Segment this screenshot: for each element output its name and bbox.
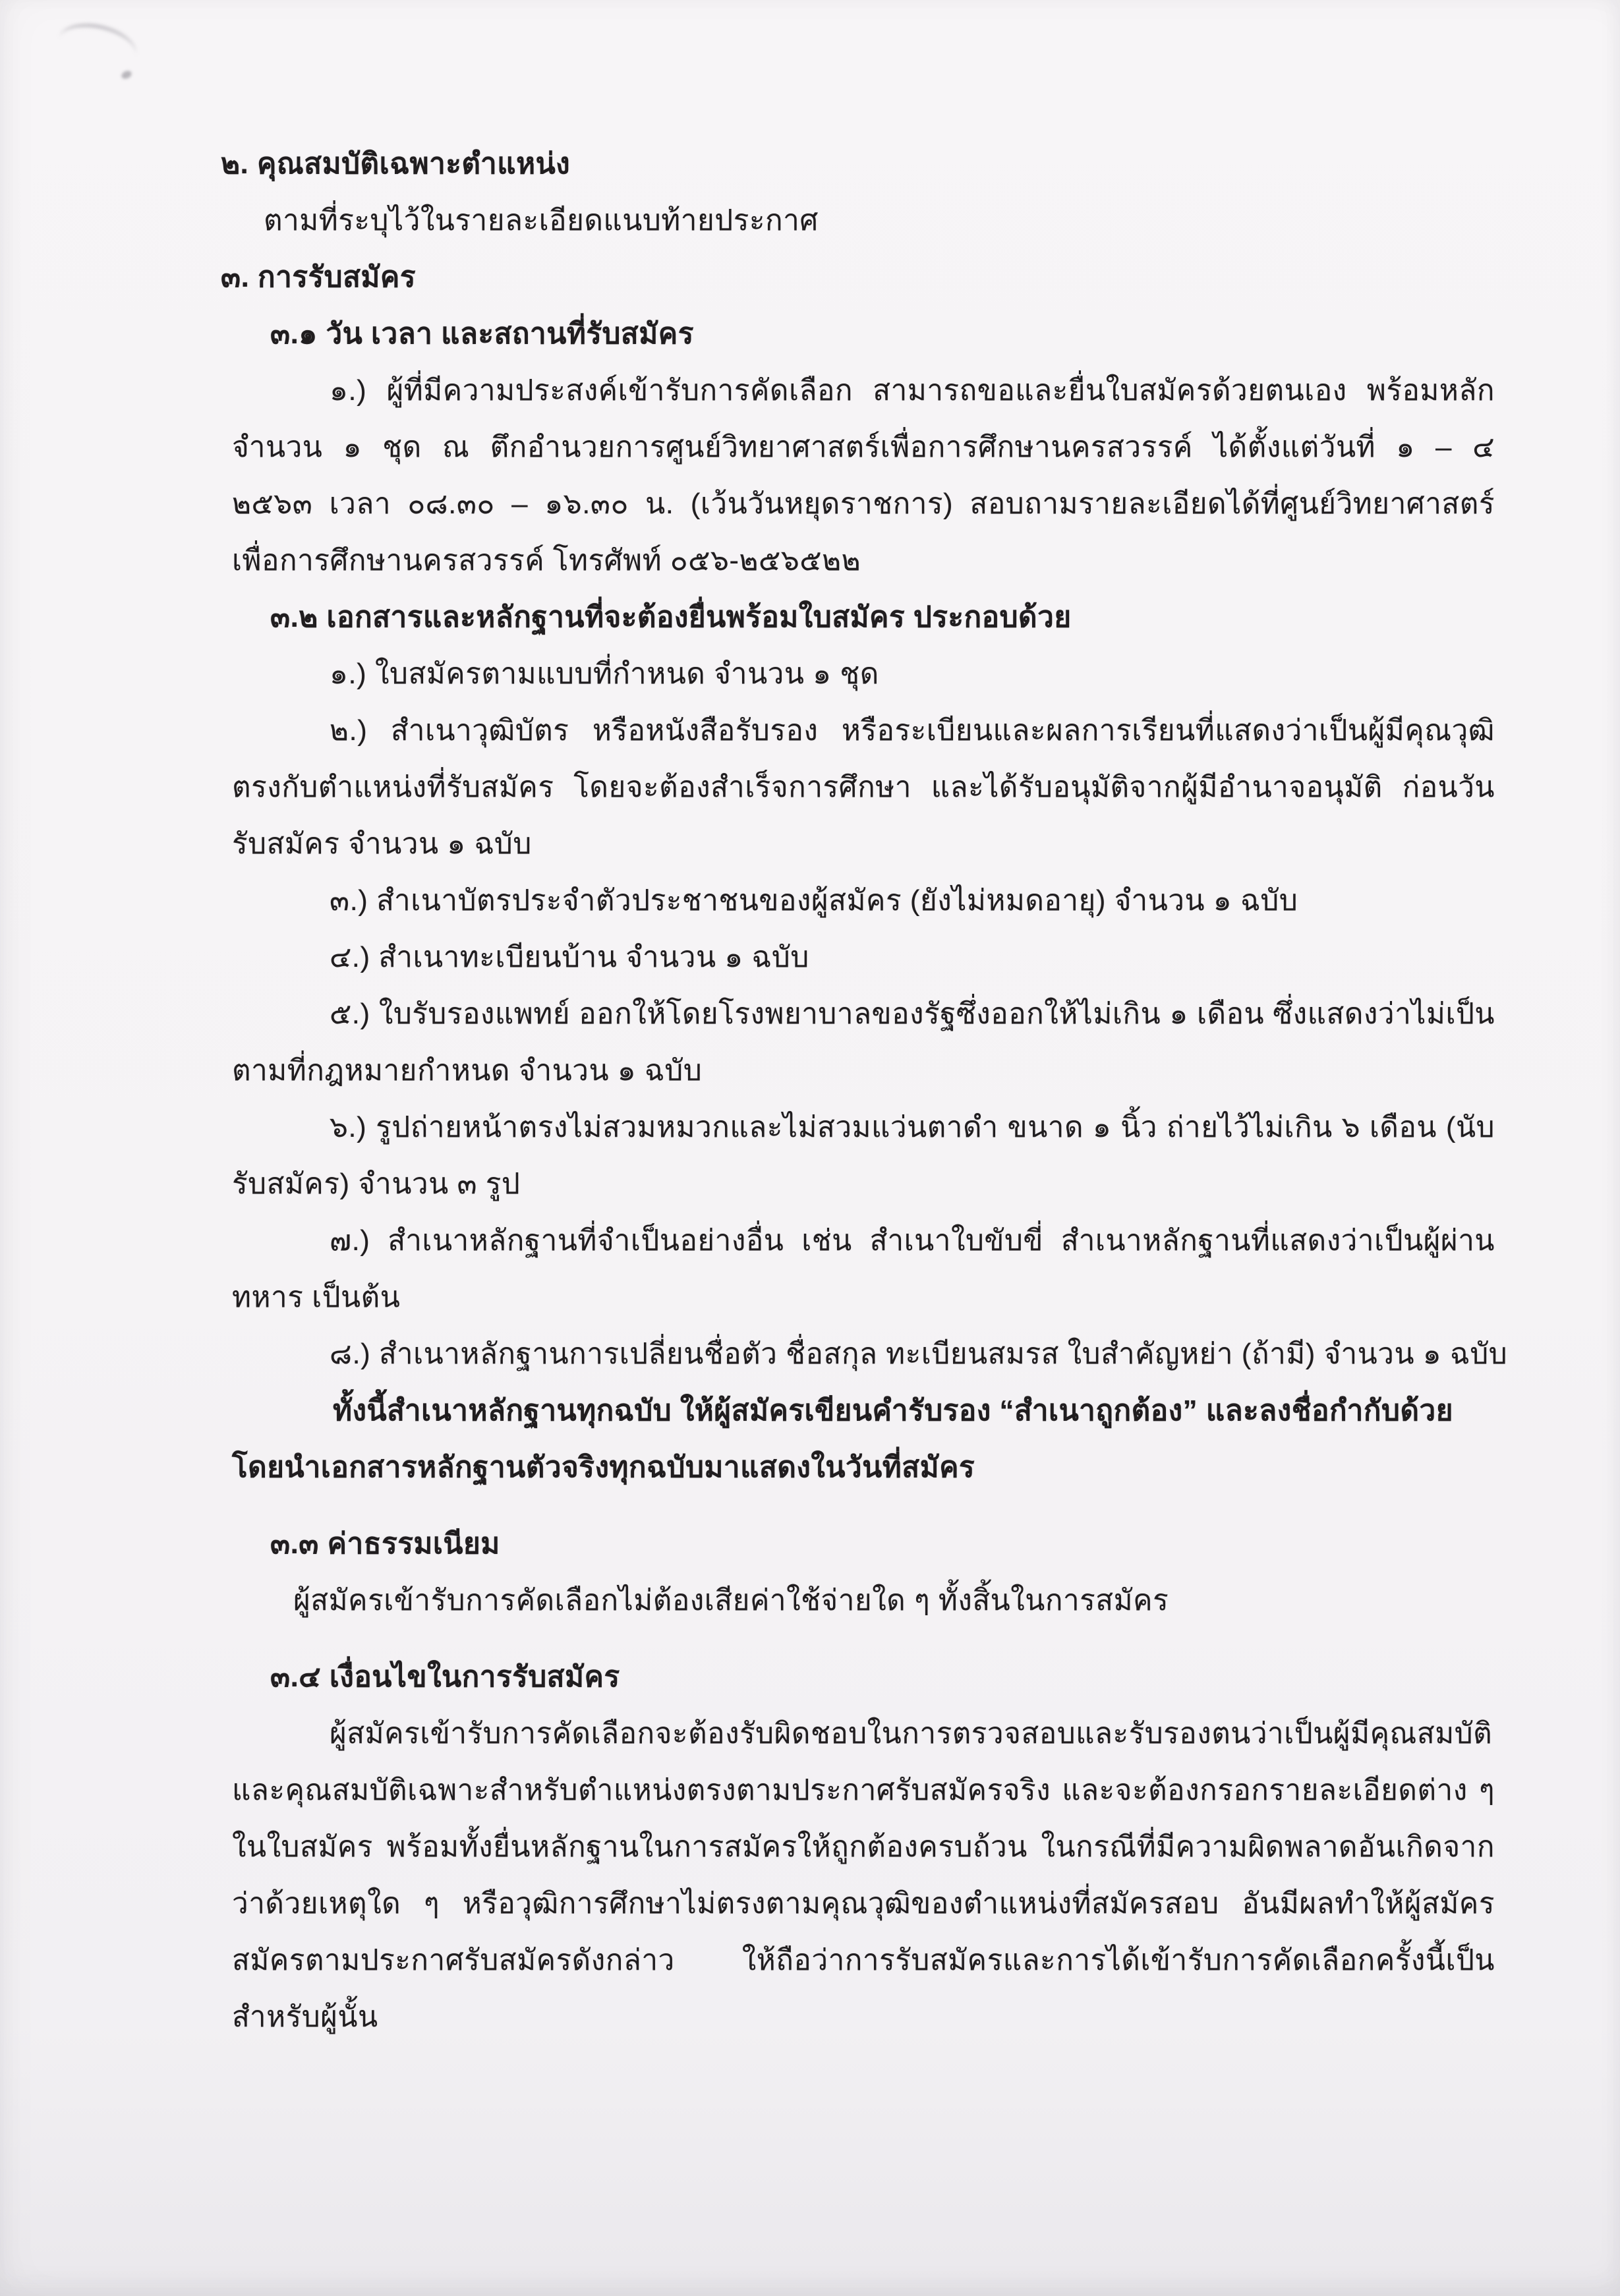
document-line: ๓.๔ เงื่อนไขในการรับสมัคร [0, 1649, 1620, 1706]
document-line: ในใบสมัคร พร้อมทั้งยื่นหลักฐานในการสมัคร… [0, 1819, 1620, 1876]
document-line: รับสมัคร) จำนวน ๓ รูป [0, 1156, 1620, 1213]
document-line: ว่าด้วยเหตุใด ๆ หรือวุฒิการศึกษาไม่ตรงตา… [0, 1876, 1620, 1932]
document-line: ๖.) รูปถ่ายหน้าตรงไม่สวมหมวกและไม่สวมแว่… [0, 1099, 1620, 1156]
document-line: ผู้สมัครเข้ารับการคัดเลือกจะต้องรับผิดชอ… [0, 1706, 1620, 1762]
document-line: ๓.๓ ค่าธรรมเนียม [0, 1516, 1620, 1572]
document-line: ๒. คุณสมบัติเฉพาะตำแหน่ง [0, 136, 1620, 192]
document-line: จำนวน ๑ ชุด ณ ตึกอำนวยการศูนย์วิทยาศาสตร… [0, 419, 1620, 476]
document-line: สำหรับผู้นั้น [0, 1989, 1620, 2046]
document-line: ตามที่ระบุไว้ในรายละเอียดแนบท้ายประกาศ [0, 192, 1620, 249]
document-line: ๗.) สำเนาหลักฐานที่จำเป็นอย่างอื่น เช่น … [0, 1213, 1620, 1269]
document-line: และคุณสมบัติเฉพาะสำหรับตำแหน่งตรงตามประก… [0, 1762, 1620, 1819]
document-line: ๓.) สำเนาบัตรประจำตัวประชาชนของผู้สมัคร … [0, 873, 1620, 929]
scanned-document-page: ๒. คุณสมบัติเฉพาะตำแหน่งตามที่ระบุไว้ในร… [0, 0, 1620, 2296]
document-line: ๑.) ใบสมัครตามแบบที่กำหนด จำนวน ๑ ชุด [0, 646, 1620, 703]
document-line: ผู้สมัครเข้ารับการคัดเลือกไม่ต้องเสียค่า… [0, 1572, 1620, 1629]
document-line: ๓. การรับสมัคร [0, 249, 1620, 306]
document-line: ทหาร เป็นต้น [0, 1269, 1620, 1326]
document-line: ตรงกับตำแหน่งที่รับสมัคร โดยจะต้องสำเร็จ… [0, 759, 1620, 816]
document-line: ๒.) สำเนาวุฒิบัตร หรือหนังสือรับรอง หรือ… [0, 703, 1620, 759]
document-line: โดยนำเอกสารหลักฐานตัวจริงทุกฉบับมาแสดงใน… [0, 1439, 1620, 1496]
document-line: ทั้งนี้สำเนาหลักฐานทุกฉบับ ให้ผู้สมัครเข… [0, 1383, 1620, 1439]
document-line: ๓.๒ เอกสารและหลักฐานที่จะต้องยื่นพร้อมใบ… [0, 589, 1620, 646]
document-line: ๔.) สำเนาทะเบียนบ้าน จำนวน ๑ ฉบับ [0, 929, 1620, 986]
document-line: ๑.) ผู้ที่มีความประสงค์เข้ารับการคัดเลือ… [0, 362, 1620, 419]
scan-smudge-mark [55, 18, 140, 76]
document-body: ๒. คุณสมบัติเฉพาะตำแหน่งตามที่ระบุไว้ในร… [0, 136, 1620, 2046]
document-line: สมัครตามประกาศรับสมัครดังกล่าว ให้ถือว่า… [0, 1932, 1620, 1989]
document-line: ตามที่กฎหมายกำหนด จำนวน ๑ ฉบับ [0, 1043, 1620, 1099]
document-line: ๒๕๖๓ เวลา ๐๘.๓๐ – ๑๖.๓๐ น. (เว้นวันหยุดร… [0, 476, 1620, 532]
document-line: เพื่อการศึกษานครสวรรค์ โทรศัพท์ ๐๕๖-๒๕๖๕… [0, 532, 1620, 589]
document-line: ๘.) สำเนาหลักฐานการเปลี่ยนชื่อตัว ชื่อสก… [0, 1326, 1620, 1383]
document-line: ๕.) ใบรับรองแพทย์ ออกให้โดยโรงพยาบาลของร… [0, 986, 1620, 1043]
document-line: รับสมัคร จำนวน ๑ ฉบับ [0, 816, 1620, 873]
document-line: ๓.๑ วัน เวลา และสถานที่รับสมัคร [0, 306, 1620, 362]
